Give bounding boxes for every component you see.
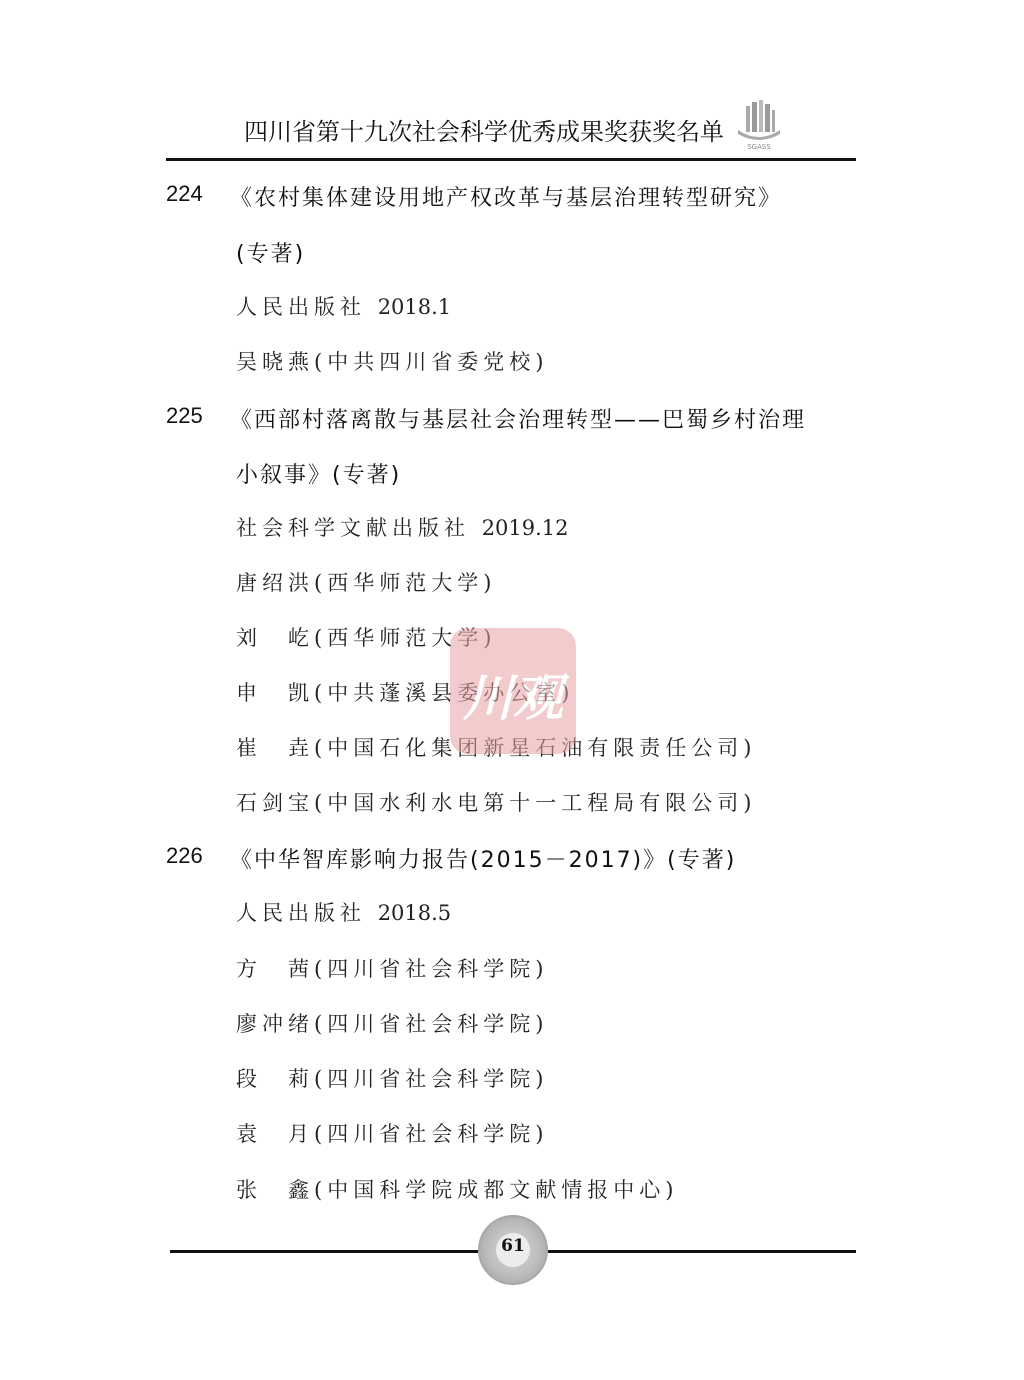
watermark-badge: 川观 — [450, 628, 576, 754]
publish-date: 2018.5 — [378, 901, 451, 925]
publish-date: 2019.12 — [482, 516, 569, 540]
footer-divider-left — [170, 1250, 478, 1253]
entry-title: 《西部村落离散与基层社会治理转型——巴蜀乡村治理 — [230, 403, 806, 434]
building-logo-icon — [734, 100, 784, 144]
author: 张 鑫(中国科学院成都文献情报中心) — [236, 1174, 678, 1204]
page-number: 61 — [480, 1236, 546, 1256]
author: 廖冲绪(四川省社会科学院) — [236, 1008, 548, 1038]
entry-title-cont: (专著) — [236, 237, 305, 268]
entry-number: 226 — [166, 843, 203, 869]
logo-text: SGASS — [734, 143, 784, 151]
entry-number: 224 — [166, 181, 203, 207]
entry-title: 《中华智库影响力报告(2015－2017)》(专著) — [230, 843, 736, 874]
publisher-name: 人民出版社 — [236, 901, 366, 925]
author: 袁 月(四川省社会科学院) — [236, 1118, 548, 1148]
entry-number: 225 — [166, 403, 203, 429]
author: 吴晓燕(中共四川省委党校) — [236, 346, 548, 376]
sgass-logo: SGASS — [734, 100, 784, 155]
publisher-name: 社会科学文献出版社 — [236, 516, 470, 540]
footer-divider-right — [548, 1250, 856, 1253]
publisher-name: 人民出版社 — [236, 295, 366, 319]
author: 段 莉(四川省社会科学院) — [236, 1063, 548, 1093]
page-header-title: 四川省第十九次社会科学优秀成果奖获奖名单 — [244, 112, 724, 147]
entry-publisher: 人民出版社 2018.5 — [236, 897, 451, 927]
entry-title: 《农村集体建设用地产权改革与基层治理转型研究》 — [230, 181, 782, 212]
watermark-text: 川观 — [450, 658, 576, 730]
entry-publisher: 社会科学文献出版社 2019.12 — [236, 512, 569, 542]
entry-title-cont: 小叙事》(专著) — [236, 458, 401, 489]
publish-date: 2018.1 — [378, 295, 451, 319]
header-divider — [166, 158, 856, 161]
author: 方 茜(四川省社会科学院) — [236, 953, 548, 983]
author: 唐绍洪(西华师范大学) — [236, 567, 496, 597]
entry-publisher: 人民出版社 2018.1 — [236, 291, 451, 321]
author: 石剑宝(中国水利水电第十一工程局有限公司) — [236, 787, 756, 817]
page-number-badge: 61 — [478, 1215, 548, 1285]
